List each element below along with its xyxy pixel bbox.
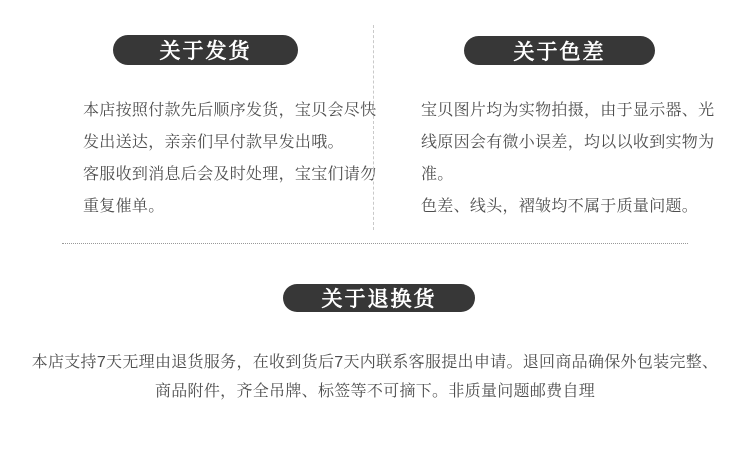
color-difference-text-line: 线原因会有微小误差，均以以收到实物为: [421, 127, 699, 159]
color-difference-text-line: 准。: [421, 159, 699, 191]
shipping-text-line: 客服收到消息后会及时处理，宝宝们请勿: [83, 159, 363, 191]
shipping-title-banner: 关于发货: [113, 35, 298, 65]
color-difference-text-line: 宝贝图片均为实物拍摄，由于显示器、光: [421, 95, 699, 127]
color-difference-title-banner: 关于色差: [464, 36, 655, 65]
returns-title: 关于退换货: [322, 283, 437, 313]
vertical-dashed-divider: [373, 25, 374, 230]
shipping-text-block: 本店按照付款先后顺序发货，宝贝会尽快 发出送达，亲亲们早付款早发出哦。 客服收到…: [83, 95, 363, 223]
shipping-text-line: 本店按照付款先后顺序发货，宝贝会尽快: [83, 95, 363, 127]
color-difference-title: 关于色差: [514, 36, 606, 66]
store-policy-notice-page: 关于发货 本店按照付款先后顺序发货，宝贝会尽快 发出送达，亲亲们早付款早发出哦。…: [0, 0, 750, 469]
shipping-text-line: 发出送达，亲亲们早付款早发出哦。: [83, 127, 363, 159]
color-difference-text-block: 宝贝图片均为实物拍摄，由于显示器、光 线原因会有微小误差，均以以收到实物为 准。…: [421, 95, 699, 223]
shipping-title: 关于发货: [160, 35, 252, 65]
returns-title-banner: 关于退换货: [283, 284, 475, 312]
returns-text-line: 本店支持7天无理由退货服务，在收到货后7天内联系客服提出申请。退回商品确保外包装…: [0, 348, 750, 377]
shipping-text-line: 重复催单。: [83, 191, 363, 223]
returns-text-line: 商品附件，齐全吊牌、标签等不可摘下。非质量问题邮费自理: [0, 377, 750, 406]
returns-text-block: 本店支持7天无理由退货服务，在收到货后7天内联系客服提出申请。退回商品确保外包装…: [0, 348, 750, 406]
horizontal-dotted-divider: [62, 243, 688, 244]
color-difference-text-line: 色差、线头，褶皱均不属于质量问题。: [421, 191, 699, 223]
